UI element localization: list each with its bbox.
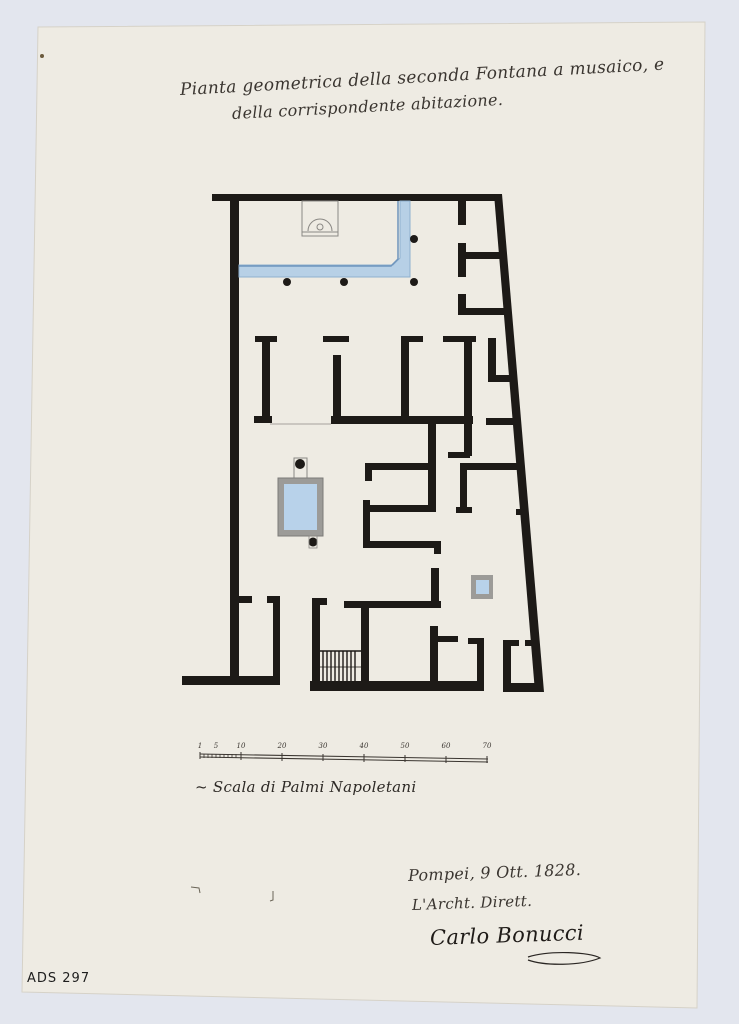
south-wall-middle — [310, 681, 484, 691]
scale-tick-label: 60 — [442, 742, 451, 750]
south-wall-west — [182, 676, 280, 685]
north-wall — [212, 194, 502, 201]
archive-label: ADS 297 — [27, 971, 90, 986]
scale-tick-label: 20 — [278, 742, 287, 750]
scale-tick-label: 30 — [319, 742, 328, 750]
document-scan — [0, 0, 739, 1024]
paper-spot — [40, 54, 44, 58]
small-basin — [471, 575, 493, 599]
scale-tick-label: 50 — [401, 742, 410, 750]
scale-tick-label: 5 — [214, 742, 218, 750]
scale-caption: ~ Scala di Palmi Napoletani — [195, 778, 416, 796]
scale-tick-label: 10 — [237, 742, 246, 750]
scale-tick-label: 1 — [198, 742, 202, 750]
scale-tick-label: 70 — [483, 742, 492, 750]
scale-tick-label: 40 — [360, 742, 369, 750]
west-wall — [230, 194, 239, 684]
